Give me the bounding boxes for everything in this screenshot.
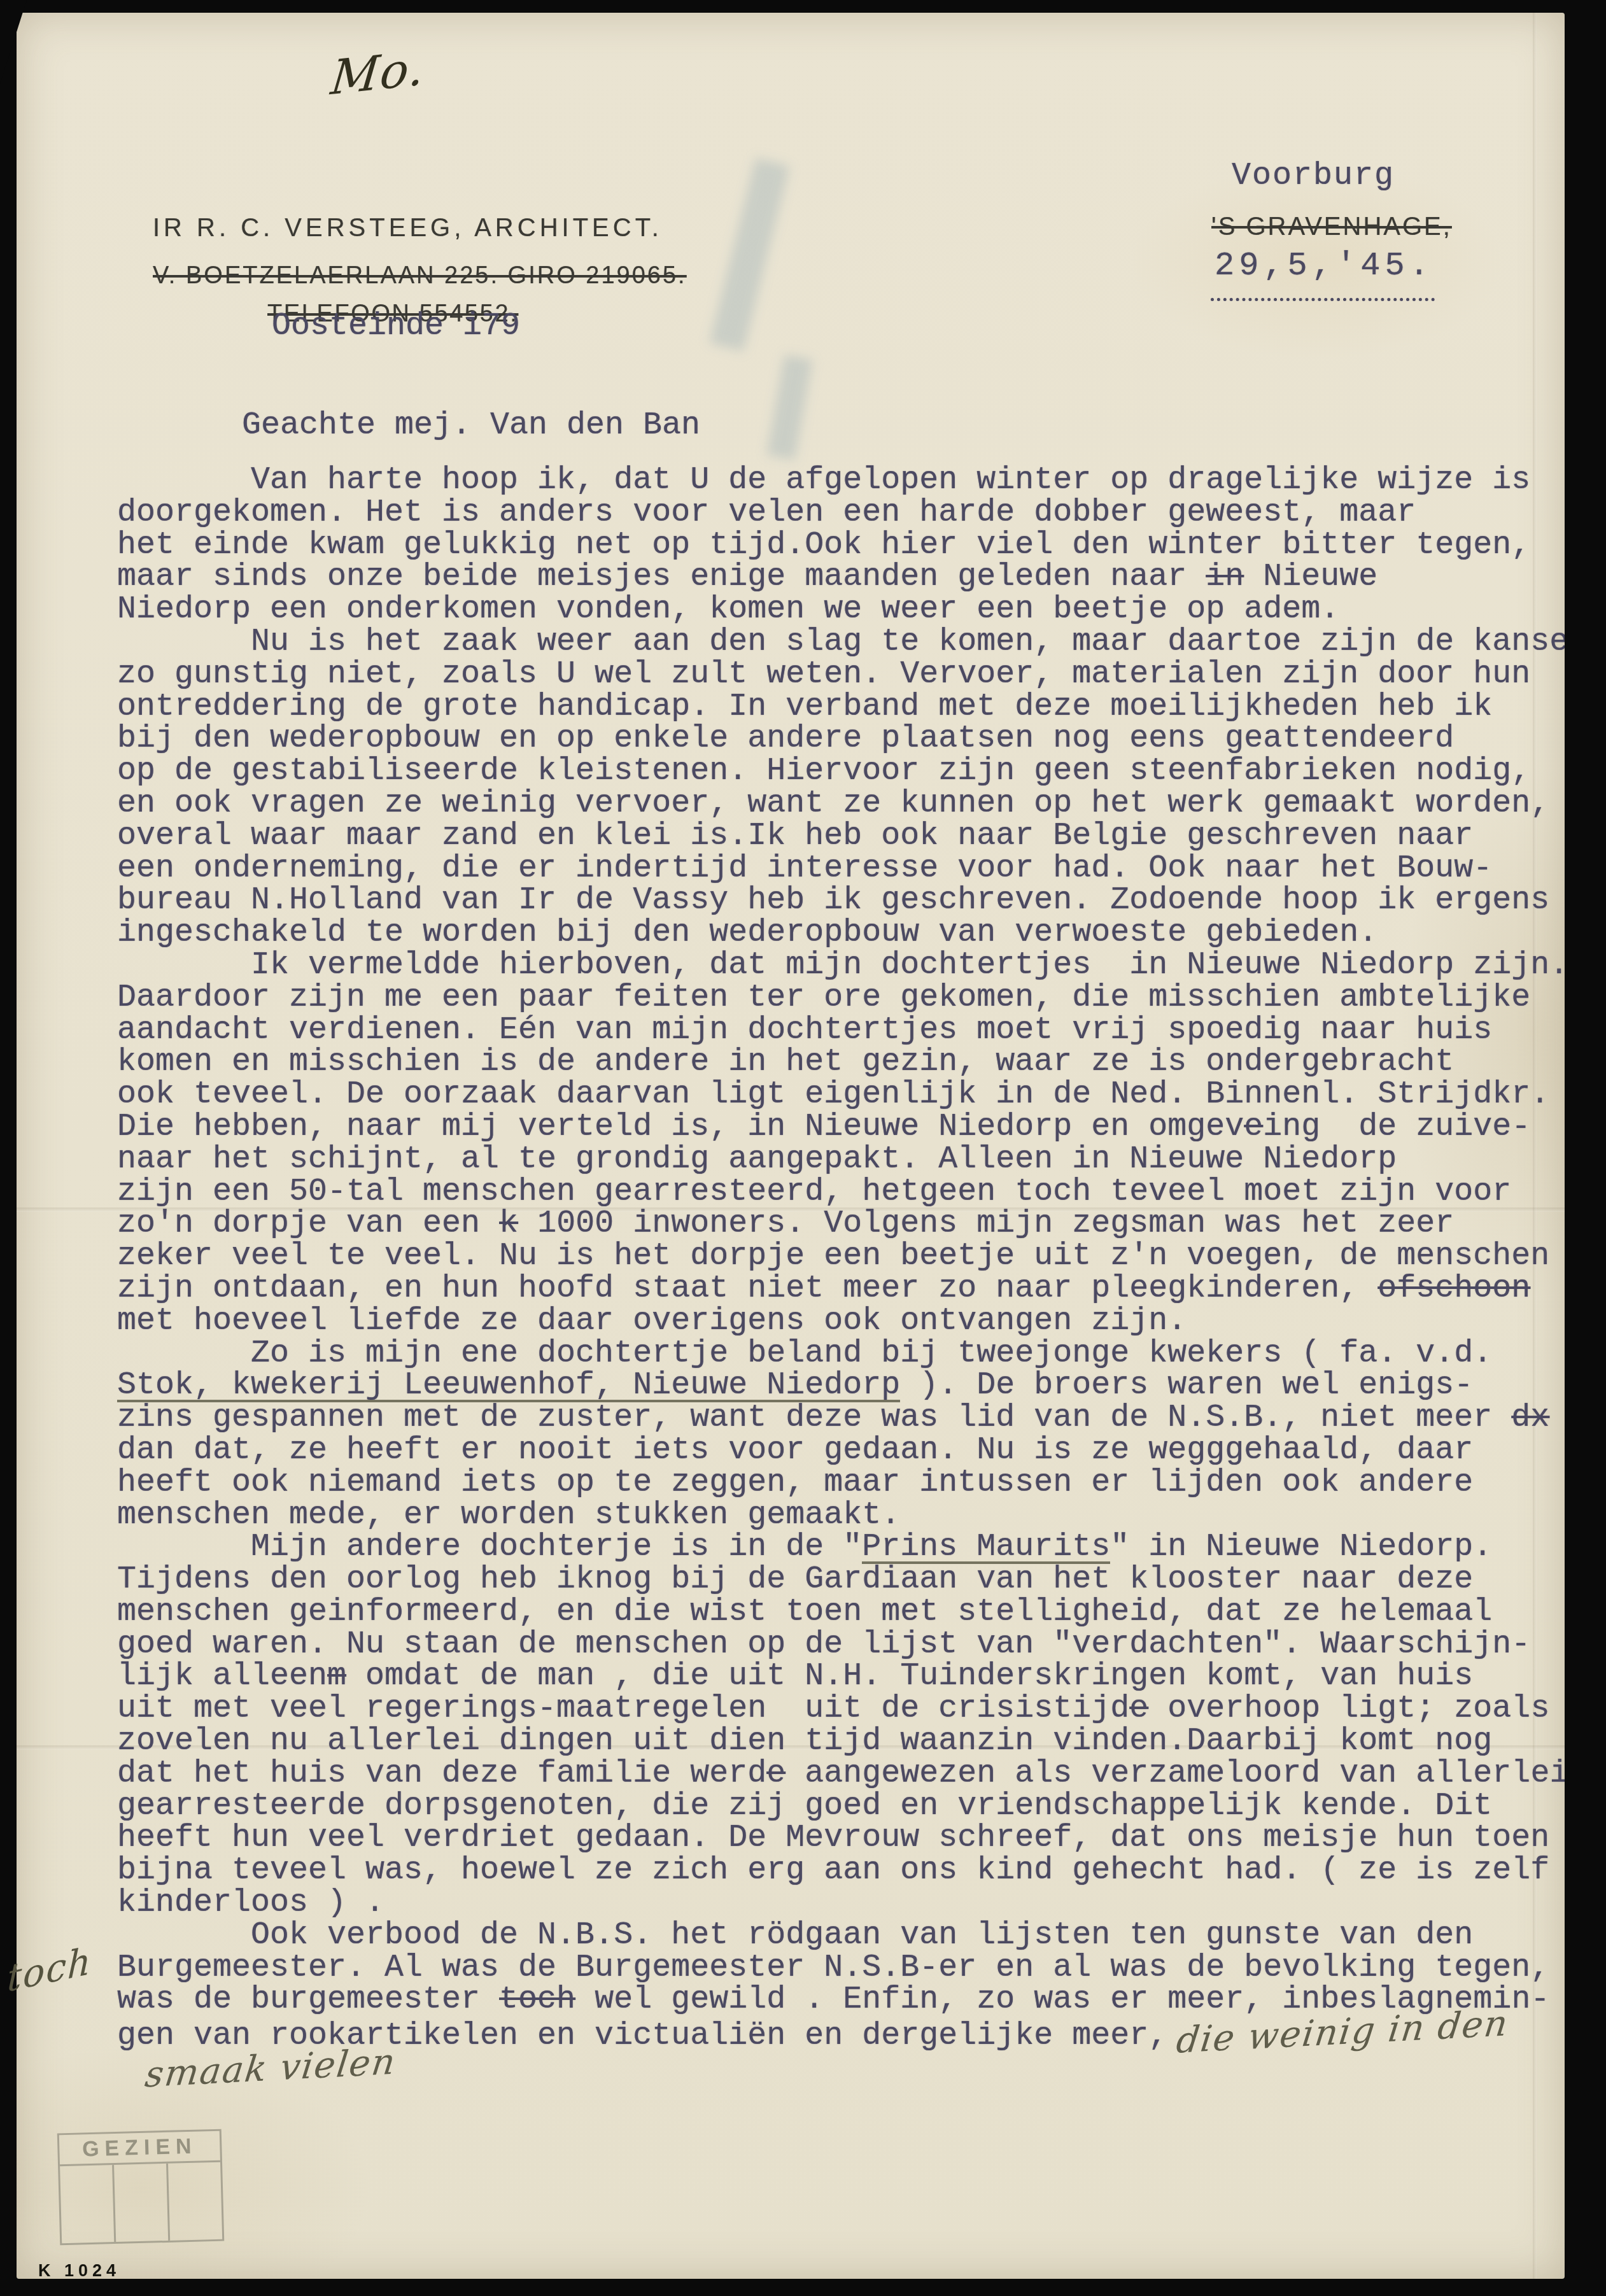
body-line: heeft hun veel verdriet gedaan. De Mevro…	[117, 1822, 1565, 1855]
scan-canvas: Mo. IR R. C. VERSTEEG, ARCHITECT. V. BOE…	[0, 0, 1606, 2296]
text-segment	[117, 2054, 136, 2090]
text-segment: Tijdens den oorlog heb iknog bij de Gard…	[117, 1561, 1473, 1598]
body-line: naar het schijnt, al te grondig aangepak…	[117, 1144, 1565, 1176]
body-line: Daardoor zijn me een paar feiten ter ore…	[117, 982, 1565, 1015]
body-line: zijn ontdaan, en hun hoofd staat niet me…	[117, 1273, 1565, 1306]
body-line: ingeschakeld te worden bij den wederopbo…	[117, 917, 1565, 950]
stamp-cell	[168, 2162, 222, 2241]
text-segment: zins gespannen met de zuster, want deze …	[117, 1400, 1511, 1436]
text-segment: 1000 inwoners. Volgens mijn zegsman was …	[518, 1206, 1454, 1242]
text-segment: lijk alleen	[117, 1658, 327, 1694]
body-line: maar sinds onze beide meisjes enige maan…	[117, 561, 1565, 594]
body-line: smaak vielen	[117, 2053, 1565, 2089]
text-segment: zo'n dorpje van een	[117, 1206, 499, 1242]
text-segment: met hoeveel liefde ze daar overigens ook…	[117, 1303, 1187, 1339]
letterhead-typed-address: Oosteinde i79	[272, 308, 520, 344]
body-line: Ik vermeldde hierboven, dat mijn dochter…	[117, 950, 1565, 982]
body-line: zo gunstig niet, zoals U wel zult weten.…	[117, 659, 1565, 691]
body-line: zeker veel te veel. Nu is het dorpje een…	[117, 1241, 1565, 1273]
text-segment: aandacht verdienen. Eén van mijn dochter…	[117, 1012, 1492, 1048]
body-line: Tijdens den oorlog heb iknog bij de Gard…	[117, 1564, 1565, 1596]
pen-underlined-text: Stok, kwekerij Leeuwenhof, Nieuwe Niedor…	[117, 1367, 900, 1404]
text-segment: gearresteerde dorpsgenoten, die zij goed…	[117, 1788, 1492, 1824]
text-segment: naar het schijnt, al te grondig aangepak…	[117, 1141, 1397, 1178]
body-line: dat het huis van deze familie werde aang…	[117, 1758, 1565, 1791]
letter-body: Van harte hoop ik, dat U de afgelopen wi…	[117, 465, 1565, 2089]
body-line: zijn een 50-tal menschen gearresteerd, h…	[117, 1176, 1565, 1209]
body-line: een onderneming, die er indertijd intere…	[117, 853, 1565, 885]
pen-underlined-text: Prins Maurits	[862, 1529, 1110, 1565]
ink-smudge	[766, 355, 812, 460]
text-segment: zo gunstig niet, zoals U wel zult weten.…	[117, 656, 1530, 693]
body-line: menschen mede, er worden stukken gemaakt…	[117, 1500, 1565, 1532]
text-segment: ook teveel. De oorzaak daarvan ligt eige…	[117, 1076, 1549, 1113]
text-segment: zeker veel te veel. Nu is het dorpje een…	[117, 1238, 1549, 1274]
body-line: Burgemeester. Al was de Burgemeester N.S…	[117, 1952, 1565, 1985]
date-value: 29,5,'45.	[1215, 247, 1433, 285]
body-line: komen en misschien is de andere in het g…	[117, 1046, 1565, 1079]
text-segment: Ik vermeldde hierboven, dat mijn dochter…	[117, 947, 1565, 983]
text-segment: komen en misschien is de andere in het g…	[117, 1044, 1454, 1080]
date-printed-place: 'S GRAVENHAGE,	[1211, 213, 1452, 241]
letterhead-address: V. BOETZELAERLAAN 225. GIRO 219065.	[153, 262, 687, 290]
text-segment: menschen mede, er worden stukken gemaakt…	[117, 1497, 900, 1533]
text-segment: goed waren. Nu staan de menschen op de l…	[117, 1626, 1530, 1663]
text-segment: bureau N.Holland van Ir de Vassy heb ik …	[117, 882, 1549, 919]
text-segment: ing de zuive-	[1263, 1109, 1530, 1145]
text-segment: kinderloos ) .	[117, 1885, 384, 1921]
text-segment: zijn een 50-tal menschen gearresteerd, h…	[117, 1174, 1511, 1210]
text-segment: was de burgemeester	[117, 1982, 499, 2018]
text-segment: " in Nieuwe Niedorp.	[1110, 1529, 1492, 1565]
text-segment: Daardoor zijn me een paar feiten ter ore…	[117, 980, 1530, 1016]
struck-text: e	[1129, 1691, 1148, 1727]
letter-paper: Mo. IR R. C. VERSTEEG, ARCHITECT. V. BOE…	[17, 13, 1565, 2279]
body-line: dan dat, ze heeft er nooit iets voor ged…	[117, 1435, 1565, 1467]
text-segment: ingeschakeld te worden bij den wederopbo…	[117, 915, 1377, 951]
struck-text: ofschoon	[1377, 1271, 1530, 1307]
salutation: Geachte mej. Van den Ban	[242, 407, 700, 444]
body-line: overal waar maar zand en klei is.Ik heb …	[117, 821, 1565, 853]
text-segment: doorgekomen. Het is anders voor velen ee…	[117, 495, 1416, 531]
body-line: ontreddering de grote handicap. In verba…	[117, 691, 1565, 724]
body-line: heeft ook niemand iets op te zeggen, maa…	[117, 1467, 1565, 1500]
date-place: Voorburg	[1232, 158, 1395, 194]
gezien-stamp-label: GEZIEN	[59, 2131, 220, 2167]
body-line: Niedorp een onderkomen vonden, komen we …	[117, 594, 1565, 626]
body-line: bureau N.Holland van Ir de Vassy heb ik …	[117, 885, 1565, 917]
body-line: bij den wederopbouw en op enkele andere …	[117, 723, 1565, 756]
body-line: bijna teveel was, hoewel ze zich erg aan…	[117, 1855, 1565, 1887]
text-segment: Niedorp een onderkomen vonden, komen we …	[117, 591, 1339, 628]
gezien-stamp-cells	[60, 2162, 222, 2244]
body-line: zins gespannen met de zuster, want deze …	[117, 1402, 1565, 1435]
text-segment: Die hebben, naar mij verteld is, in Nieu…	[117, 1109, 1244, 1145]
text-segment: bijna teveel was, hoewel ze zich erg aan…	[117, 1852, 1549, 1889]
body-line: zovelen nu allerlei dingen uit dien tijd…	[117, 1726, 1565, 1758]
stamp-cell	[60, 2165, 116, 2243]
text-segment: zijn ontdaan, en hun hoofd staat niet me…	[117, 1271, 1377, 1307]
struck-text: dx	[1511, 1400, 1549, 1436]
body-line: zo'n dorpje van een k 1000 inwoners. Vol…	[117, 1208, 1565, 1241]
body-line: Die hebben, naar mij verteld is, in Nieu…	[117, 1111, 1565, 1144]
text-segment: Nieuwe	[1244, 559, 1377, 595]
text-segment: Van harte hoop ik, dat U de afgelopen wi…	[117, 462, 1530, 498]
body-line: kinderloos ) .	[117, 1887, 1565, 1920]
text-segment: maar sinds onze beide meisjes enige maan…	[117, 559, 1206, 595]
body-line: uit met veel regerings-maatregelen uit d…	[117, 1693, 1565, 1726]
body-line: gearresteerde dorpsgenoten, die zij goed…	[117, 1791, 1565, 1823]
date-underline	[1211, 294, 1435, 301]
gezien-stamp: GEZIEN	[57, 2129, 225, 2246]
body-line: Stok, kwekerij Leeuwenhof, Nieuwe Niedor…	[117, 1370, 1565, 1402]
body-line: en ook vragen ze weinig vervoer, want ze…	[117, 788, 1565, 821]
body-line: aandacht verdienen. Eén van mijn dochter…	[117, 1015, 1565, 1047]
body-line: menschen geinformeerd, en die wist toen …	[117, 1596, 1565, 1629]
archive-code: K 1024	[38, 2261, 120, 2279]
text-segment: Nu is het zaak weer aan den slag te kome…	[117, 624, 1565, 660]
body-line: lijk alleenm omdat de man , die uit N.H.…	[117, 1661, 1565, 1693]
struck-text: e	[766, 1756, 785, 1792]
stamp-cell	[114, 2164, 170, 2242]
letterhead-name: IR R. C. VERSTEEG, ARCHITECT.	[153, 214, 663, 243]
struck-text: in	[1206, 559, 1244, 595]
text-segment: overal waar maar zand en klei is.Ik heb …	[117, 818, 1473, 854]
text-segment: uit met veel regerings-maatregelen uit d…	[117, 1691, 1129, 1727]
text-segment: heeft ook niemand iets op te zeggen, maa…	[117, 1465, 1473, 1501]
text-segment: het einde kwam gelukkig net op tijd.Ook …	[117, 527, 1530, 563]
handwritten-note: smaak vielen	[143, 2046, 398, 2092]
text-segment: en ook vragen ze weinig vervoer, want ze…	[117, 785, 1549, 822]
struck-text: e	[1244, 1109, 1263, 1145]
text-segment: Mijn andere dochterje is in de "	[117, 1529, 862, 1565]
text-segment: menschen geinformeerd, en die wist toen …	[117, 1594, 1492, 1630]
text-segment: dat het huis van deze familie werd	[117, 1756, 766, 1792]
body-line: ook teveel. De oorzaak daarvan ligt eige…	[117, 1079, 1565, 1111]
body-line: doorgekomen. Het is anders voor velen ee…	[117, 497, 1565, 530]
body-line: Zo is mijn ene dochtertje beland bij twe…	[117, 1338, 1565, 1370]
body-line: goed waren. Nu staan de menschen op de l…	[117, 1629, 1565, 1661]
text-segment: omdat de man , die uit N.H. Tuinderskrin…	[346, 1658, 1473, 1694]
text-segment: Ook verbood de N.B.S. het rödgaan van li…	[117, 1917, 1473, 1954]
body-line: Van harte hoop ik, dat U de afgelopen wi…	[117, 465, 1565, 497]
text-segment: ontreddering de grote handicap. In verba…	[117, 689, 1492, 725]
text-segment: Zo is mijn ene dochtertje beland bij twe…	[117, 1335, 1492, 1372]
body-line: Mijn andere dochterje is in de "Prins Ma…	[117, 1532, 1565, 1564]
struck-text: k	[499, 1206, 518, 1242]
text-segment: ). De broers waren wel enigs-	[900, 1367, 1473, 1404]
struck-text: toch	[499, 1982, 575, 2018]
text-segment: bij den wederopbouw en op enkele andere …	[117, 721, 1454, 757]
handwritten-top-note: Mo.	[328, 41, 428, 106]
body-line: op de gestabiliseerde kleistenen. Hiervo…	[117, 756, 1565, 788]
text-segment: aangewezen als verzameloord van allerlei	[785, 1756, 1565, 1792]
body-line: het einde kwam gelukkig net op tijd.Ook …	[117, 530, 1565, 562]
text-segment: dan dat, ze heeft er nooit iets voor ged…	[117, 1432, 1473, 1468]
text-segment: zovelen nu allerlei dingen uit dien tijd…	[117, 1723, 1492, 1759]
ink-smudge	[710, 158, 790, 351]
text-segment: heeft hun veel verdriet gedaan. De Mevro…	[117, 1820, 1549, 1856]
body-line: Ook verbood de N.B.S. het rödgaan van li…	[117, 1920, 1565, 1952]
text-segment: een onderneming, die er indertijd intere…	[117, 850, 1492, 887]
text-segment: overhoop ligt; zoals	[1148, 1691, 1549, 1727]
body-line: Nu is het zaak weer aan den slag te kome…	[117, 626, 1565, 659]
text-segment: Burgemeester. Al was de Burgemeester N.S…	[117, 1950, 1549, 1986]
body-line: met hoeveel liefde ze daar overigens ook…	[117, 1306, 1565, 1338]
struck-text: m	[327, 1658, 346, 1694]
text-segment: op de gestabiliseerde kleistenen. Hiervo…	[117, 753, 1530, 789]
